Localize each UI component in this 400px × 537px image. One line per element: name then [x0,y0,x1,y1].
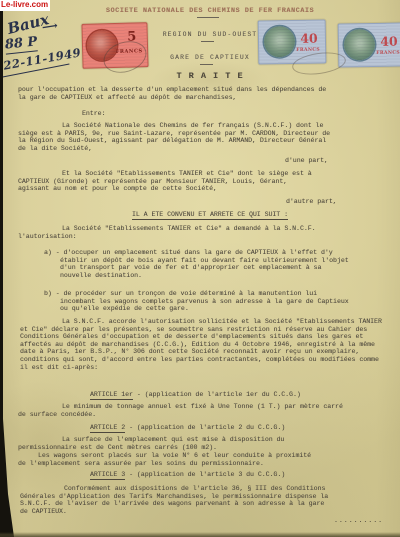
paragraph-article-2a: La surface de l'emplacement qui est mise… [18,436,340,451]
paragraph-item-a: a) - d'occuper un emplacement situé dans… [44,249,356,279]
paragraph-intro: pour l'occupation et la desserte d'un em… [18,86,330,101]
paragraph-item-b: b) - de procéder sur un tronçon de voie … [44,290,356,313]
photo-left-edge [0,0,15,537]
stamp-medallion-icon [344,29,376,61]
fiscal-stamp-40-francs-2: 40 FRANCS [338,22,400,67]
heading-convenu: IL A ETE CONVENU ET ARRETE CE QUI SUIT : [30,211,390,219]
region-divider-dash [201,41,214,42]
paragraph-party-sncf: La Société Nationale des Chemins de fer … [18,122,334,152]
stamp-value: 40 [295,30,323,45]
document-title: T R A I T E [30,73,390,81]
stamp-value: 40 [375,33,400,48]
paragraph-article-1: Le minimum de tonnage annuel est fixé à … [18,403,344,418]
article-1-subtitle: - (application de l'article 1er du C.C.G… [137,391,301,398]
article-2-subtitle: - (application de l'article 2 du C.C.G.) [129,424,285,431]
heading-article-1: ARTICLE 1er- (application de l'article 1… [90,391,301,399]
paragraph-accord: La S.N.C.F. accorde l'autorisation solli… [20,318,385,371]
label-entre: Entre: [82,110,105,118]
paragraph-article-3: Conformément aux dispositions de l'artic… [20,485,332,515]
label-dune-part: d'une part, [285,157,328,165]
station-divider-dash [200,64,213,65]
article-2-number: ARTICLE 2 [90,424,125,433]
document-photo: SOCIETE NATIONALE DES CHEMINS DE FER FRA… [0,0,400,537]
article-3-subtitle: - (application de l'article 3 du C.C.G.) [129,471,285,478]
handwritten-arrow-icon: ⟶ [41,19,59,34]
stamp-medallion-icon [264,26,296,58]
stamp-currency: FRANCS [372,50,400,56]
bookseller-watermark: Le-livre.com [0,0,50,11]
photo-bottom-edge [0,532,400,537]
heading-convenu-text: IL A ETE CONVENU ET ARRETE CE QUI SUIT : [132,211,288,220]
article-1-number: ARTICLE 1er [90,391,133,400]
continuation-dots: .......... [334,517,383,525]
letterhead-divider-dash [197,17,219,18]
handwritten-number: 88 P [4,34,38,54]
paragraph-demande: La Société "Etablissements TANIER et Cie… [18,225,344,240]
paragraph-article-2b: Les wagons seront placés sur la voie N° … [18,452,320,467]
letterhead-company: SOCIETE NATIONALE DES CHEMINS DE FER FRA… [30,8,390,16]
heading-article-2: ARTICLE 2- (application de l'article 2 d… [90,424,285,432]
paragraph-party-tanier: Et la Société "Etablissements TANIER et … [18,170,320,193]
article-3-number: ARTICLE 3 [90,471,125,480]
label-dautre-part: d'autre part, [286,198,337,206]
heading-article-3: ARTICLE 3- (application de l'article 3 d… [90,471,285,479]
